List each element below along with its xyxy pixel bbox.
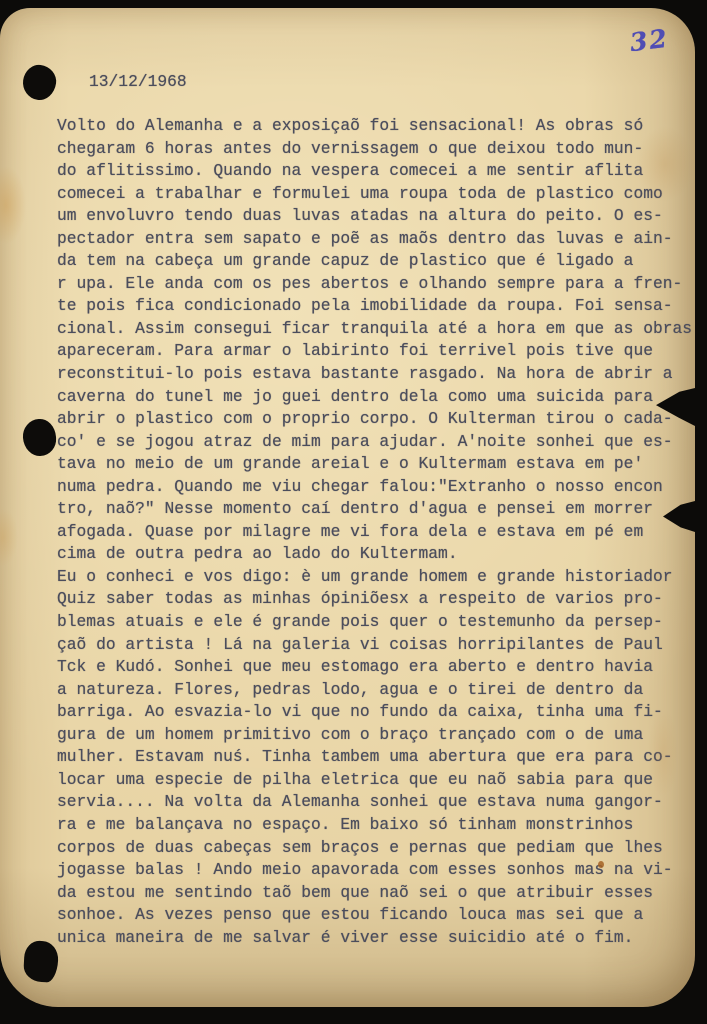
punch-hole-bottom [23,940,59,983]
text-line: Volto do Alemanha e a exposiçaõ foi sens… [57,115,695,138]
text-line: blemas atuais e ele é grande pois quer o… [57,611,695,634]
text-line: cima de outra pedra ao lado do Kultermam… [57,543,695,566]
text-line: tro, naõ?" Nesse momento caí dentro d'ag… [57,498,695,521]
text-line: do aflitissimo. Quando na vespera comece… [57,160,695,183]
text-line: corpos de duas cabeças sem braços e pern… [57,837,695,860]
text-line: comecei a trabalhar e formulei uma roupa… [57,183,695,206]
typewritten-text-block: Volto do Alemanha e a exposiçaõ foi sens… [57,115,695,949]
text-line: jogasse balas ! Ando meio apavorada com … [57,859,695,882]
text-line: abrir o plastico com o proprio corpo. O … [57,408,695,431]
date-heading: 13/12/1968 [89,72,187,91]
text-line: a natureza. Flores, pedras lodo, agua e … [57,679,695,702]
paper-stain [0,166,26,244]
scanner-background: { "page": { "handwritten_number": "32", … [0,0,707,1024]
text-line: barriga. Ao esvazia-lo vi que no fundo d… [57,701,695,724]
handwritten-page-number: 32 [628,24,670,58]
text-line: apareceram. Para armar o labirinto foi t… [57,340,695,363]
text-line: çaõ do artista ! Lá na galeria vi coisas… [57,634,695,657]
text-line: numa pedra. Quando me viu chegar falou:"… [57,476,695,499]
text-line: ra e me balançava no espaço. Em baixo só… [57,814,695,837]
text-line: servia.... Na volta da Alemanha sonhei q… [57,791,695,814]
text-line: locar uma especie de pilha eletrica que … [57,769,695,792]
text-line: da tem na cabeça um grande capuz de plas… [57,250,695,273]
text-line: da estou me sentindo taõ bem que naõ sei… [57,882,695,905]
text-line: afogada. Quase por milagre me vi fora de… [57,521,695,544]
text-line: cional. Assim consegui ficar tranquila a… [57,318,695,341]
text-line: mulher. Estavam nuś. Tinha tambem uma ab… [57,746,695,769]
text-line: r upa. Ele anda com os pes abertos e olh… [57,273,695,296]
paper-stain [0,508,18,566]
text-line: Eu o conheci e vos digo: è um grande hom… [57,566,695,589]
text-line: unica maneira de me salvar é viver esse … [57,927,695,950]
text-line: sonhoe. As vezes penso que estou ficando… [57,904,695,927]
punch-hole-middle [22,418,58,457]
text-line: pectador entra sem sapato e poẽ as maõs … [57,228,695,251]
text-line: um envoluvro tendo duas luvas atadas na … [57,205,695,228]
text-line: co' e se jogou atraz de mim para ajudar.… [57,431,695,454]
text-line: Tck e Kudó. Sonhei que meu estomago era … [57,656,695,679]
punch-hole-top [21,63,59,102]
text-line: chegaram 6 horas antes do vernissagem o … [57,138,695,161]
text-line: te pois fica condicionado pela imobilida… [57,295,695,318]
paper-page: 32 13/12/1968 Volto do Alemanha e a expo… [0,8,695,1007]
text-line: reconstitui-lo pois estava bastante rasg… [57,363,695,386]
text-line: gura de um homem primitivo com o braço t… [57,724,695,747]
text-line: caverna do tunel me jo guei dentro dela … [57,386,695,409]
text-line: Quiz saber todas as minhas ópiniõesx a r… [57,588,695,611]
text-line: tava no meio de um grande areial e o Kul… [57,453,695,476]
